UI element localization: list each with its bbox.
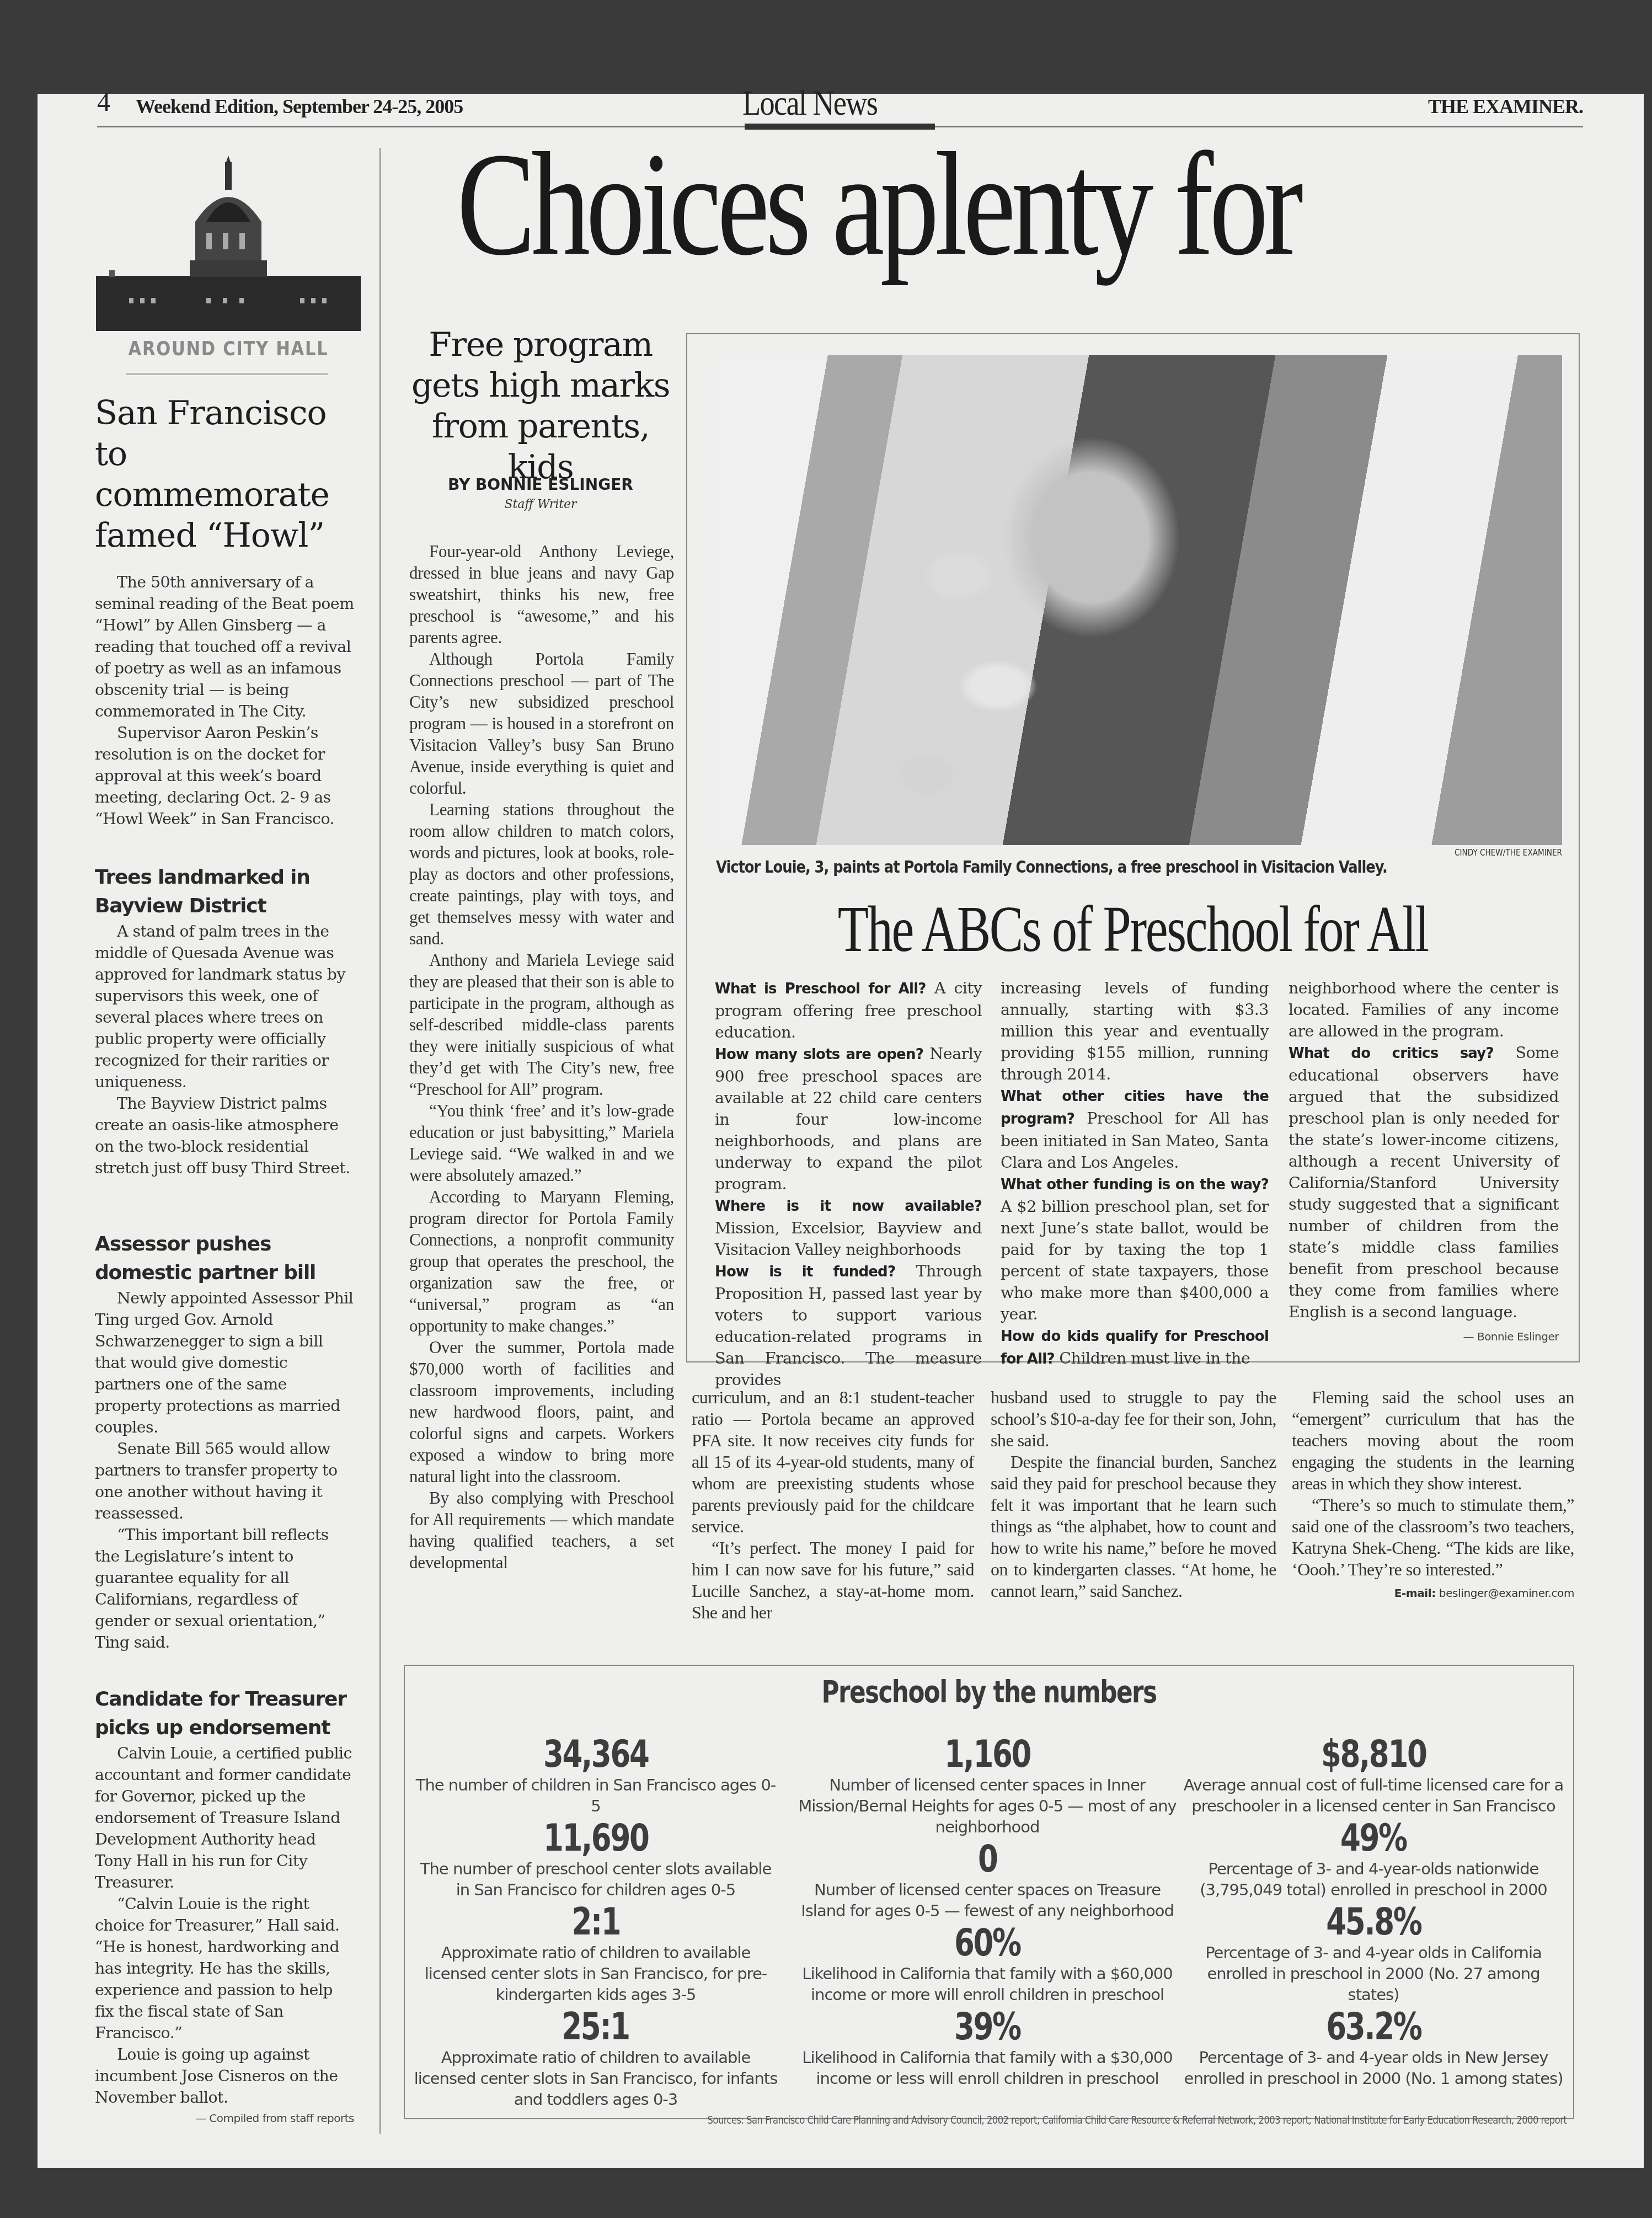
stat-item: 1,160Number of licensed center spaces in… <box>794 1735 1180 1837</box>
qa-item: How do kids qualify for Preschool for Al… <box>1001 1325 1269 1370</box>
qa-credit: — Bonnie Eslinger <box>1289 1326 1559 1348</box>
story-headline: Trees landmarked in Bayview District <box>95 863 354 921</box>
qa-column-2: increasing levels of funding annually, s… <box>1001 977 1269 1370</box>
stat-description: Number of licensed center spaces on Trea… <box>794 1879 1180 1921</box>
paragraph: Anthony and Mariela Leviege said they ar… <box>409 949 674 1100</box>
section-kicker: AROUND CITY HALL <box>116 338 341 360</box>
stat-description: Percentage of 3- and 4-year-olds nationw… <box>1180 1858 1567 1900</box>
stat-value: 11,690 <box>543 1819 649 1858</box>
byline: BY BONNIE ESLINGER <box>397 475 684 494</box>
qa-column-3: neighborhood where the center is located… <box>1289 977 1559 1348</box>
stats-column-3: $8,810Average annual cost of full-time l… <box>1180 1735 1567 2091</box>
stats-column-1: 34,364The number of children in San Fran… <box>411 1735 780 2112</box>
paragraph: Fleming said the school uses an “emergen… <box>1292 1387 1574 1494</box>
stat-value: 49% <box>1340 1819 1407 1858</box>
stat-item: 11,690The number of preschool center slo… <box>411 1819 780 1900</box>
stat-value: 60% <box>954 1923 1020 1963</box>
story-headline: Candidate for Treasurer picks up endorse… <box>95 1685 354 1743</box>
answer: increasing levels of funding annually, s… <box>1001 979 1269 1083</box>
question: How many slots are open? <box>715 1046 923 1063</box>
sidebar-story: Candidate for Treasurer picks up endorse… <box>95 1685 354 2125</box>
answer: Children must live in the <box>1059 1349 1250 1367</box>
qa-item: What other funding is on the way? A $2 b… <box>1001 1173 1269 1325</box>
stat-value: 39% <box>954 2007 1020 2047</box>
stat-value: 25:1 <box>562 2007 630 2047</box>
qa-item: How is it funded? Through Proposition H,… <box>715 1260 982 1391</box>
sidebar-story: San Francisco to commemorate famed “Howl… <box>95 393 354 830</box>
stat-description: The number of children in San Francisco … <box>411 1775 780 1816</box>
stat-item: $8,810Average annual cost of full-time l… <box>1180 1735 1567 1816</box>
edition-date: Weekend Edition, September 24-25, 2005 <box>136 95 463 118</box>
stat-description: Percentage of 3- and 4-year olds in New … <box>1180 2047 1567 2089</box>
paragraph: The 50th anniversary of a seminal readin… <box>95 571 354 722</box>
stat-item: 45.8%Percentage of 3- and 4-year olds in… <box>1180 1902 1567 2005</box>
stat-value: 45.8% <box>1326 1902 1421 1942</box>
paragraph: A stand of palm trees in the middle of Q… <box>95 921 354 1093</box>
paragraph: Newly appointed Assessor Phil Ting urged… <box>95 1287 354 1438</box>
stat-value: $8,810 <box>1321 1735 1426 1775</box>
photo-caption: Victor Louie, 3, paints at Portola Famil… <box>716 858 1387 877</box>
paragraph: “This important bill reflects the Legisl… <box>95 1524 354 1653</box>
stat-description: Approximate ratio of children to availab… <box>411 2047 780 2110</box>
sidebar-headline: The ABCs of Preschool for All <box>686 894 1580 965</box>
answer: neighborhood where the center is located… <box>1289 979 1559 1040</box>
photo-credit: CINDY CHEW/THE EXAMINER <box>843 847 1562 858</box>
paragraph: curriculum, and an 8:1 student-teacher r… <box>692 1387 974 1537</box>
stat-description: The number of preschool center slots ava… <box>411 1858 780 1900</box>
answer: Mission, Excelsior, Bayview and Visitaci… <box>715 1219 982 1259</box>
stat-item: 0Number of licensed center spaces on Tre… <box>794 1840 1180 1921</box>
stat-item: 49%Percentage of 3- and 4-year-olds nati… <box>1180 1819 1567 1900</box>
stat-item: 2:1Approximate ratio of children to avai… <box>411 1902 780 2005</box>
stat-item: 25:1Approximate ratio of children to ava… <box>411 2007 780 2110</box>
author-email: E-mail: beslinger@examiner.com <box>1292 1583 1574 1604</box>
question: How is it funded? <box>715 1264 895 1280</box>
stat-item: 63.2%Percentage of 3- and 4-year olds in… <box>1180 2007 1567 2089</box>
paper-name: THE EXAMINER. <box>1428 95 1583 118</box>
paragraph: Over the summer, Portola made $70,000 wo… <box>409 1337 674 1487</box>
story-body: Newly appointed Assessor Phil Ting urged… <box>95 1287 354 1653</box>
paragraph: According to Maryann Fleming, program di… <box>409 1186 674 1337</box>
sidebar-story: Assessor pushes domestic partner bill Ne… <box>95 1230 354 1653</box>
article-headline: Free program gets high marks from parent… <box>397 324 684 488</box>
qa-item: How many slots are open? Nearly 900 free… <box>715 1043 982 1195</box>
paragraph: Louie is going up against incumbent Jose… <box>95 2044 354 2108</box>
paragraph: “You think ‘free’ and it’s low-grade edu… <box>409 1100 674 1186</box>
answer: A $2 billion preschool plan, set for nex… <box>1001 1198 1269 1323</box>
question: What is Preschool for All? <box>715 981 926 997</box>
paragraph: Supervisor Aaron Peskin’s resolution is … <box>95 722 354 830</box>
answer: Some educational observers have argued t… <box>1289 1044 1559 1321</box>
stat-value: 34,364 <box>543 1735 649 1775</box>
stat-description: Average annual cost of full-time license… <box>1180 1775 1567 1816</box>
preschool-photo <box>716 355 1562 845</box>
story-headline: Assessor pushes domestic partner bill <box>95 1230 354 1287</box>
page-number: 4 <box>97 87 110 117</box>
email-label: E-mail: <box>1394 1586 1436 1600</box>
compiled-credit: — Compiled from staff reports <box>95 2112 354 2125</box>
paragraph: By also complying with Preschool for All… <box>409 1487 674 1573</box>
paragraph: “Calvin Louie is the right choice for Tr… <box>95 1893 354 2044</box>
email-link[interactable]: beslinger@examiner.com <box>1439 1586 1574 1600</box>
qa-item: Where is it now available? Mission, Exce… <box>715 1195 982 1260</box>
kicker-rule <box>126 373 328 375</box>
sidebar-story: Trees landmarked in Bayview District A s… <box>95 863 354 1179</box>
qa-item: increasing levels of funding annually, s… <box>1001 977 1269 1085</box>
question: Where is it now available? <box>715 1198 982 1215</box>
stat-description: Number of licensed center spaces in Inne… <box>794 1775 1180 1837</box>
story-body: The 50th anniversary of a seminal readin… <box>95 571 354 830</box>
stat-value: 1,160 <box>944 1735 1030 1775</box>
paragraph: Although Portola Family Connections pres… <box>409 648 674 799</box>
stat-value: 63.2% <box>1326 2007 1421 2047</box>
paragraph: Calvin Louie, a certified public account… <box>95 1743 354 1893</box>
paragraph: Learning stations throughout the room al… <box>409 799 674 949</box>
article-column-1: Four-year-old Anthony Leviege, dressed i… <box>409 541 674 1573</box>
story-body: A stand of palm trees in the middle of Q… <box>95 921 354 1179</box>
qa-item: What other cities have the program? Pres… <box>1001 1085 1269 1173</box>
sources-note: Sources: San Francisco Child Care Planni… <box>408 2114 1567 2126</box>
stats-title-text: Preschool by the numbers <box>822 1674 1157 1710</box>
stat-description: Likelihood in California that family wit… <box>794 1963 1180 2005</box>
article-column-4: Fleming said the school uses an “emergen… <box>1292 1387 1574 1604</box>
question: What other funding is on the way? <box>1001 1177 1269 1193</box>
city-hall-icon <box>96 150 361 332</box>
stat-description: Approximate ratio of children to availab… <box>411 1942 780 2005</box>
qa-column-1: What is Preschool for All? A city progra… <box>715 977 982 1391</box>
main-headline: Choices aplenty for <box>457 132 1299 276</box>
paragraph: husband used to struggle to pay the scho… <box>991 1387 1276 1451</box>
paragraph: “It’s perfect. The money I paid for him … <box>692 1537 974 1623</box>
abc-headline-text: The ABCs of Preschool for All <box>838 894 1428 965</box>
stats-title: Preschool by the numbers <box>404 1674 1574 1710</box>
article-column-2: curriculum, and an 8:1 student-teacher r… <box>692 1387 974 1623</box>
stat-description: Percentage of 3- and 4-year olds in Cali… <box>1180 1942 1567 2005</box>
column-divider <box>379 148 381 2134</box>
paragraph: “There’s so much to stimulate them,” sai… <box>1292 1494 1574 1580</box>
section-title: Local News <box>742 83 877 124</box>
stat-item: 34,364The number of children in San Fran… <box>411 1735 780 1816</box>
paragraph: The Bayview District palms create an oas… <box>95 1093 354 1179</box>
sources-text: Sources: San Francisco Child Care Planni… <box>707 2114 1567 2126</box>
story-body: Calvin Louie, a certified public account… <box>95 1743 354 2108</box>
stat-item: 39%Likelihood in California that family … <box>794 2007 1180 2089</box>
qa-item: What is Preschool for All? A city progra… <box>715 977 982 1043</box>
stat-value: 2:1 <box>571 1902 620 1942</box>
qa-item: neighborhood where the center is located… <box>1289 977 1559 1042</box>
paragraph: Four-year-old Anthony Leviege, dressed i… <box>409 541 674 648</box>
stats-column-2: 1,160Number of licensed center spaces in… <box>794 1735 1180 2091</box>
stat-value: 0 <box>978 1840 997 1879</box>
story-headline: San Francisco to commemorate famed “Howl… <box>95 393 354 556</box>
paragraph: Senate Bill 565 would allow partners to … <box>95 1438 354 1524</box>
question: What do critics say? <box>1289 1045 1494 1062</box>
stat-description: Likelihood in California that family wit… <box>794 2047 1180 2089</box>
answer: Nearly 900 free preschool spaces are ava… <box>715 1045 982 1193</box>
qa-item: What do critics say? Some educational ob… <box>1289 1042 1559 1323</box>
byline-role: Staff Writer <box>397 498 684 511</box>
paragraph: Despite the financial burden, Sanchez sa… <box>991 1451 1276 1602</box>
stat-item: 60%Likelihood in California that family … <box>794 1923 1180 2005</box>
answer: Through Proposition H, passed last year … <box>715 1262 982 1389</box>
article-column-3: husband used to struggle to pay the scho… <box>991 1387 1276 1602</box>
